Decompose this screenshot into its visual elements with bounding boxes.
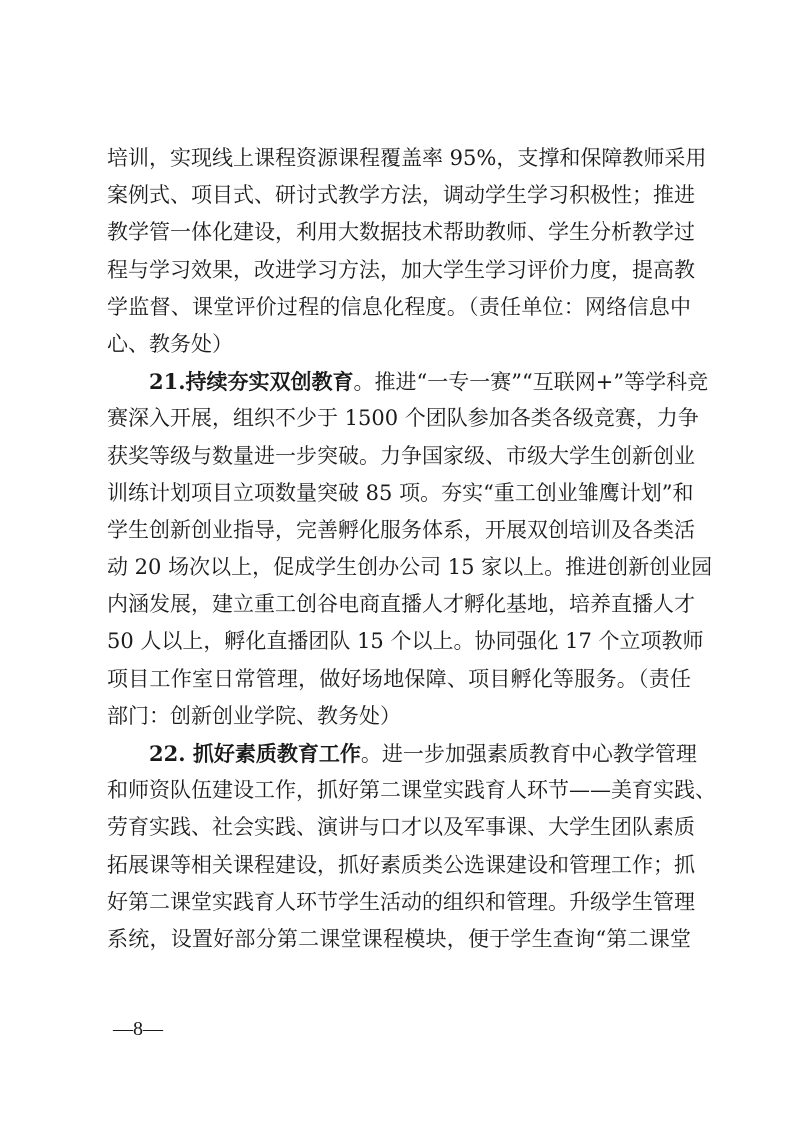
- paragraph-line: 内涵发展，建立重工创谷电商直播人才孵化基地，培养直播人才: [107, 586, 691, 623]
- paragraph-line: 程与学习效果，改进学习方法，加大学生学习评价力度，提高教: [107, 252, 691, 289]
- paragraph-line: 项目工作室日常管理，做好场地保障、项目孵化等服务。（责任: [107, 661, 691, 698]
- paragraph-line: 培训，实现线上课程资源课程覆盖率 95%，支撑和保障教师采用: [107, 140, 691, 177]
- paragraph-line: 好第二课堂实践育人环节学生活动的组织和管理。升级学生管理: [107, 884, 691, 921]
- paragraph-line: 获奖等级与数量进一步突破。力争国家级、市级大学生创新创业: [107, 438, 691, 475]
- paragraph-line: 赛深入开展，组织不少于 1500 个团队参加各类各级竞赛，力争: [107, 400, 691, 437]
- paragraph-line: 动 20 场次以上，促成学生创办公司 15 家以上。推进创新创业园: [107, 549, 691, 586]
- section-22-text: 。进一步加强素质教育中心教学管理: [361, 742, 697, 766]
- section-22-first-line: 22. 抓好素质教育工作。进一步加强素质教育中心教学管理: [107, 735, 691, 772]
- paragraph-line: 50 人以上，孵化直播团队 15 个以上。协同强化 17 个立项教师: [107, 623, 691, 660]
- section-21-heading: 21.持续夯实双创教育: [149, 369, 354, 394]
- paragraph-line: 学生创新创业指导，完善孵化服务体系，开展双创培训及各类活: [107, 512, 691, 549]
- paragraph-line: 学监督、课堂评价过程的信息化程度。（责任单位：网络信息中: [107, 289, 691, 326]
- paragraph-line: 劳育实践、社会实践、演讲与口才以及军事课、大学生团队素质: [107, 809, 691, 846]
- paragraph-line: 案例式、项目式、研讨式教学方法，调动学生学习积极性；推进: [107, 177, 691, 214]
- section-21-text: 。推进“一专一赛”“互联网+”等学科竞: [354, 370, 709, 394]
- paragraph-line: 教学管一体化建设，利用大数据技术帮助教师、学生分析教学过: [107, 214, 691, 251]
- paragraph-line: 和师资队伍建设工作，抓好第二课堂实践育人环节——美育实践、: [107, 772, 691, 809]
- section-21-first-line: 21.持续夯实双创教育。推进“一专一赛”“互联网+”等学科竞: [107, 363, 691, 400]
- paragraph-line: 心、教务处）: [107, 326, 691, 363]
- page-number: —8—: [113, 1018, 163, 1041]
- document-page: 培训，实现线上课程资源课程覆盖率 95%，支撑和保障教师采用 案例式、项目式、研…: [0, 0, 793, 1122]
- body-text: 培训，实现线上课程资源课程覆盖率 95%，支撑和保障教师采用 案例式、项目式、研…: [107, 140, 691, 958]
- paragraph-line: 训练计划项目立项数量突破 85 项。夯实“重工创业雏鹰计划”和: [107, 475, 691, 512]
- section-22-heading: 22. 抓好素质教育工作: [149, 741, 361, 766]
- paragraph-line: 系统，设置好部分第二课堂课程模块，便于学生查询“第二课堂: [107, 921, 691, 958]
- paragraph-line: 拓展课等相关课程建设，抓好素质类公选课建设和管理工作；抓: [107, 847, 691, 884]
- paragraph-line: 部门：创新创业学院、教务处）: [107, 698, 691, 735]
